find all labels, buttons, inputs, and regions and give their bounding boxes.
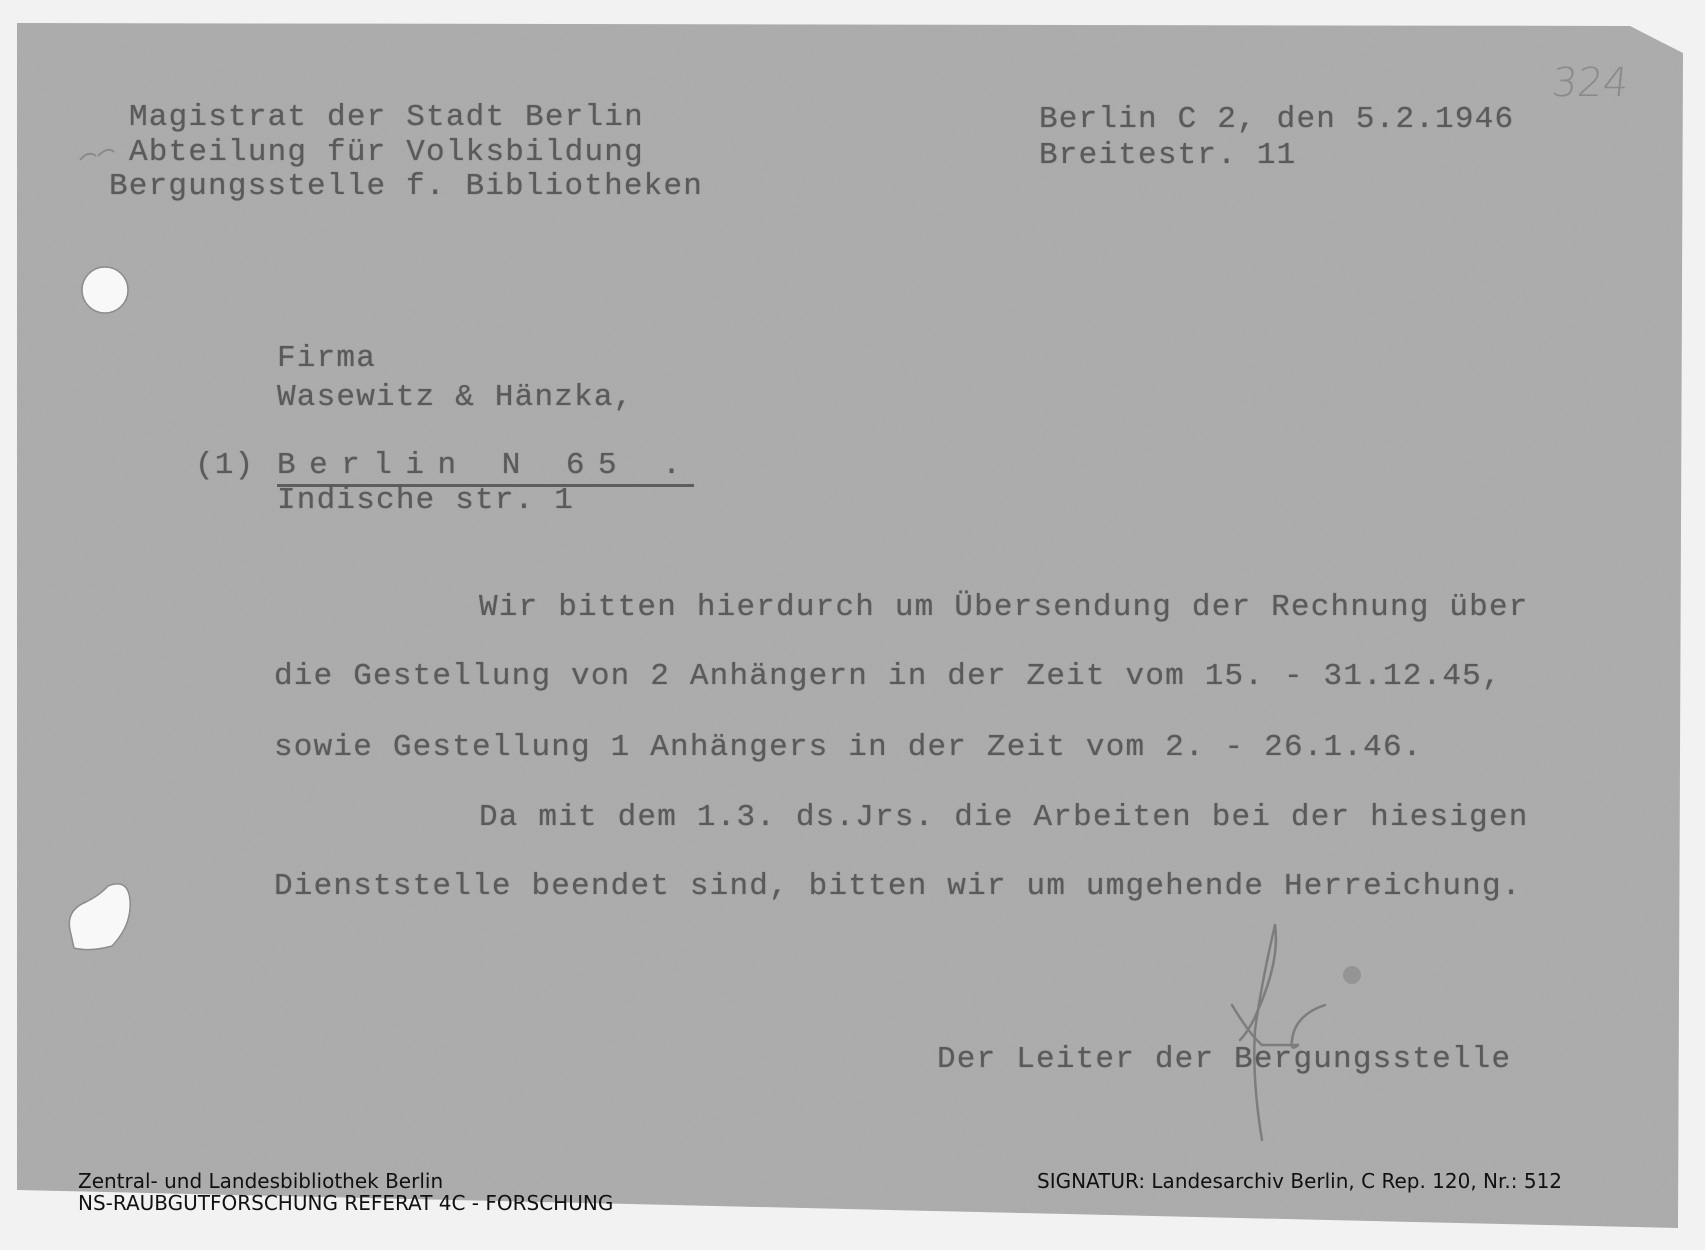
recipient-street: Indische str. 1 — [277, 484, 574, 518]
ink-spot — [1343, 966, 1361, 984]
body-paragraph-1-line-3: sowie Gestellung 1 Anhängers in der Zeit… — [274, 731, 1423, 765]
sender-line-3: Bergungsstelle f. Bibliotheken — [109, 170, 703, 204]
recipient-company-name: Wasewitz & Hänzka, — [277, 381, 633, 415]
body-paragraph-1-line-1: Wir bitten hierdurch um Übersendung der … — [479, 591, 1529, 625]
recipient-city: Berlin N 65 . — [277, 449, 694, 487]
footer-archive-signature: SIGNATUR: Landesarchiv Berlin, C Rep. 12… — [1037, 1170, 1562, 1192]
footer-library-name: Zentral- und Landesbibliothek Berlin — [78, 1170, 443, 1192]
closing-signatory-title: Der Leiter der Bergungsstelle — [937, 1043, 1511, 1077]
place-date-line: Berlin C 2, den 5.2.1946 — [1039, 103, 1514, 137]
postal-zone: (1) — [195, 449, 254, 483]
recipient-line-firma: Firma — [277, 342, 376, 376]
punch-hole-top — [82, 267, 128, 313]
street-address-line: Breitestr. 11 — [1039, 139, 1296, 173]
body-paragraph-1-line-2: die Gestellung von 2 Anhängern in der Ze… — [274, 660, 1502, 694]
scanned-letter-page: 324 Magistrat der Stadt Berlin Abteilung… — [0, 0, 1705, 1250]
body-paragraph-2-line-1: Da mit dem 1.3. ds.Jrs. die Arbeiten bei… — [479, 801, 1529, 835]
sender-line-1: Magistrat der Stadt Berlin — [129, 101, 644, 135]
footer-department: NS-RAUBGUTFORSCHUNG REFERAT 4C - FORSCHU… — [78, 1192, 613, 1214]
sender-line-2: Abteilung für Volksbildung — [129, 136, 644, 170]
body-paragraph-2-line-2: Dienststelle beendet sind, bitten wir um… — [274, 870, 1522, 904]
pencil-page-number: 324 — [1550, 60, 1631, 106]
